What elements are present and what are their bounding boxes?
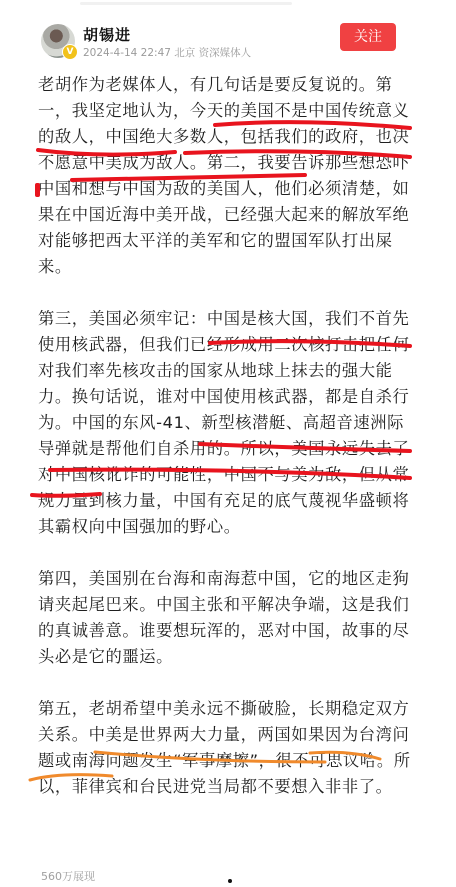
article-paragraph-4: 第五，老胡希望中美永远不撕破脸，长期稳定双方关系。中美是世界两大力量，两国如果因… — [38, 696, 418, 800]
post-header: V 胡锡进 2024-4-14 22:47 北京 资深媒体人 关注 — [0, 0, 456, 70]
article-paragraph-3: 第四，美国别在台海和南海惹中国，它的地区走狗请夹起尾巴来。中国主张和平解决争端，… — [38, 566, 418, 670]
follow-button[interactable]: 关注 — [340, 23, 396, 51]
post-meta: 2024-4-14 22:47 北京 资深媒体人 — [83, 45, 251, 60]
article-body: 老胡作为老媒体人，有几句话是要反复说的。第一，我坚定地认为，今天的美国不是中国传… — [38, 72, 418, 800]
view-count: 560万展现 — [41, 868, 95, 884]
article-paragraph-2: 第三，美国必须牢记：中国是核大国，我们不首先使用核武器，但我们已经形成用二次核打… — [38, 306, 418, 540]
page-indicator-dot — [228, 879, 232, 883]
author-name[interactable]: 胡锡进 — [83, 24, 131, 45]
verified-badge-icon: V — [62, 44, 78, 60]
article-paragraph-1: 老胡作为老媒体人，有几句话是要反复说的。第一，我坚定地认为，今天的美国不是中国传… — [38, 72, 418, 280]
